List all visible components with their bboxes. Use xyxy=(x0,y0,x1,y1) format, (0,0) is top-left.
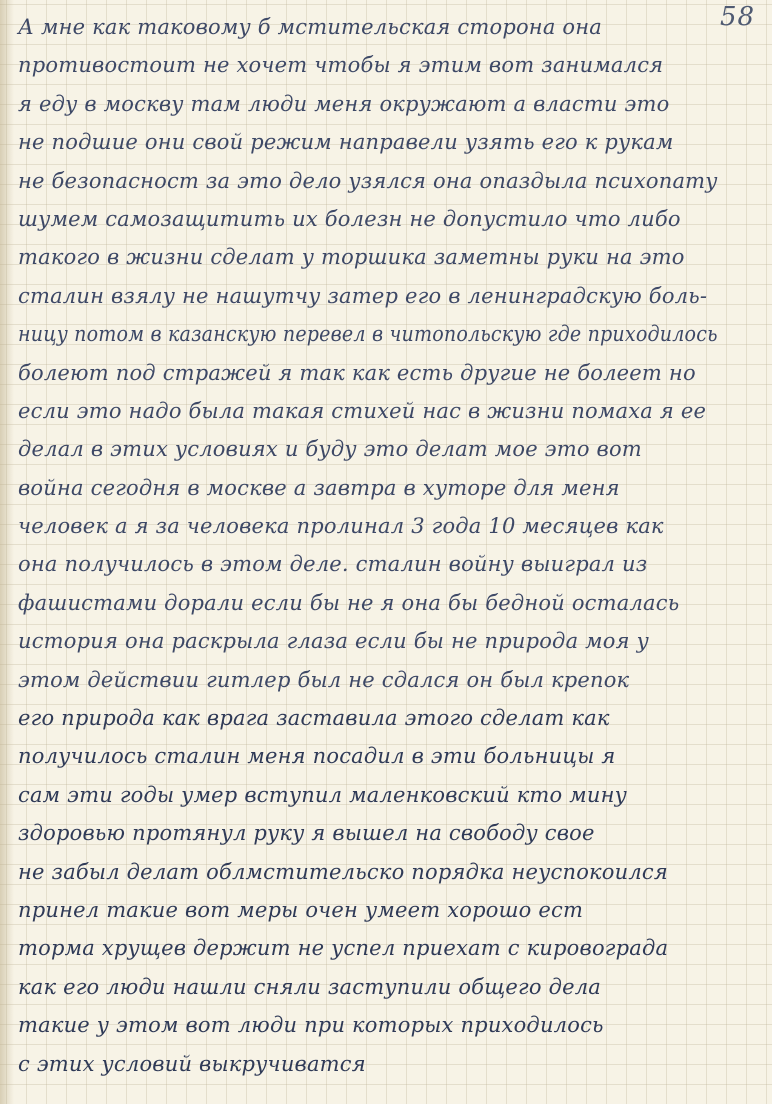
text-line: здоровью протянул руку я вышел на свобод… xyxy=(18,814,718,852)
text-line: сам эти годы умер вступил маленковский к… xyxy=(18,776,718,814)
text-line: противостоит не хочет чтобы я этим вот з… xyxy=(18,46,718,84)
text-line: если это надо была такая стихей нас в жи… xyxy=(18,392,718,430)
text-line: война сегодня в москве а завтра в хуторе… xyxy=(18,469,718,507)
notebook-page: 58 А мне как таковому б мстительская сто… xyxy=(0,0,772,1104)
binding-shadow xyxy=(0,0,14,1104)
text-line: А мне как таковому б мстительская сторон… xyxy=(18,8,718,46)
text-line: сталин взялу не нашутчу затер его в лени… xyxy=(18,277,718,315)
text-line: болеют под стражей я так как есть другие… xyxy=(18,354,718,392)
text-line: не безопасност за это дело узялся она оп… xyxy=(18,162,718,200)
text-line: ницу потом в казанскую перевел в читопол… xyxy=(18,315,654,353)
text-line: не забыл делат облмстительско порядка не… xyxy=(18,853,718,891)
text-line: такого в жизни сделат у торшика заметны … xyxy=(18,238,718,276)
text-line: получилось сталин меня посадил в эти бол… xyxy=(18,737,718,775)
handwritten-text-block: А мне как таковому б мстительская сторон… xyxy=(18,8,718,1083)
page-number: 58 xyxy=(720,2,755,32)
text-line: человек а я за человека пролинал 3 года … xyxy=(18,507,718,545)
text-line: шумем самозащитить их болезн не допустил… xyxy=(18,200,718,238)
text-line: как его люди нашли сняли заступили общег… xyxy=(18,968,718,1006)
text-line: история она раскрыла глаза если бы не пр… xyxy=(18,622,718,660)
text-line: делал в этих условиях и буду это делат м… xyxy=(18,430,718,468)
text-line: этом действии гитлер был не сдался он бы… xyxy=(18,661,718,699)
text-line: с этих условий выкручиватся xyxy=(18,1045,718,1083)
text-line: принел такие вот меры очен умеет хорошо … xyxy=(18,891,718,929)
text-line: его природа как врага заставила этого сд… xyxy=(18,699,718,737)
text-line: я еду в москву там люди меня окружают а … xyxy=(18,85,718,123)
text-line: она получилось в этом деле. сталин войну… xyxy=(18,545,718,583)
text-line: фашистами дорали если бы не я она бы бед… xyxy=(18,584,718,622)
text-line: такие у этом вот люди при которых приход… xyxy=(18,1006,718,1044)
text-line: торма хрущев держит не успел приехат с к… xyxy=(18,929,718,967)
text-line: не подшие они свой режим направели узять… xyxy=(18,123,718,161)
